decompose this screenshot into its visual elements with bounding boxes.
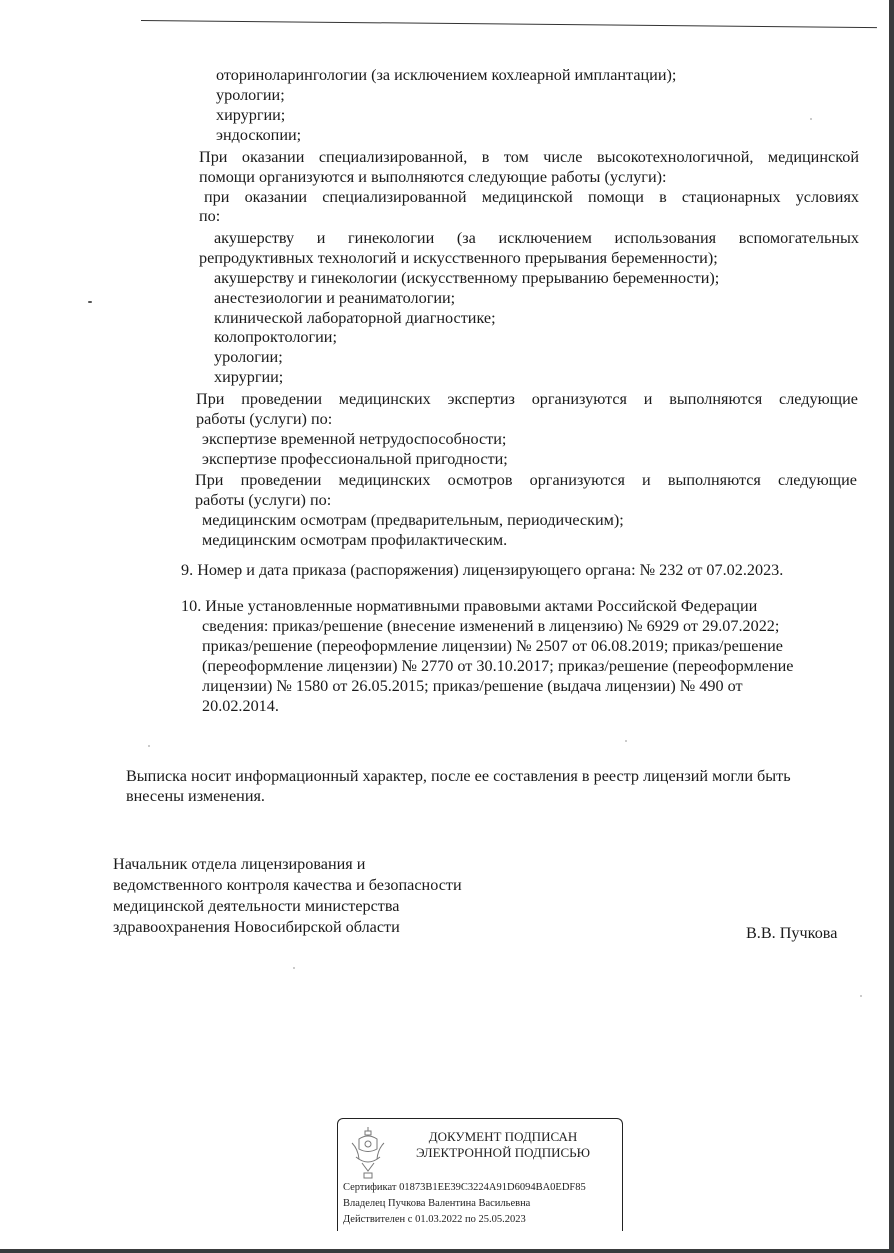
scan-speck bbox=[88, 301, 92, 303]
certificate-number: Сертификат 01873B1EE39C3224A91D6094BA0ED… bbox=[343, 1181, 586, 1194]
numbered-item-10-cont: (переоформление лицензии) № 2770 от 30.1… bbox=[202, 657, 793, 677]
section-heading-cont: помощи организуются и выполняются следую… bbox=[199, 168, 667, 188]
scan-speck bbox=[860, 995, 862, 997]
certificate-validity: Действителен с 01.03.2022 по 25.05.2023 bbox=[343, 1213, 526, 1226]
section-heading-cont: работы (услуги) по: bbox=[195, 491, 331, 511]
numbered-item-10-cont: лицензии) № 1580 от 26.05.2015; приказ/р… bbox=[202, 677, 743, 697]
scan-speck bbox=[293, 967, 295, 969]
list-item: клинической лабораторной диагностике; bbox=[214, 309, 496, 329]
numbered-item-10-cont: сведения: приказ/решение (внесение измен… bbox=[202, 617, 779, 637]
signatory-position: здравоохранения Новосибирской области bbox=[113, 918, 400, 938]
signatory-position: ведомственного контроля качества и безоп… bbox=[113, 876, 462, 896]
list-item: экспертизе профессиональной пригодности; bbox=[202, 450, 508, 470]
list-item: акушерству и гинекологии (за исключением… bbox=[214, 229, 859, 249]
list-item: медицинским осмотрам профилактическим. bbox=[202, 531, 507, 551]
list-item: урологии; bbox=[214, 348, 283, 368]
list-item: акушерству и гинекологии (искусственному… bbox=[214, 269, 719, 289]
list-item: урологии; bbox=[216, 86, 285, 106]
list-item: хирургии; bbox=[216, 106, 285, 126]
scan-speck bbox=[148, 745, 150, 747]
electronic-signature-stamp: ДОКУМЕНТ ПОДПИСАН ЭЛЕКТРОННОЙ ПОДПИСЬЮ С… bbox=[337, 1118, 623, 1231]
numbered-item-10-cont: 20.02.2014. bbox=[202, 697, 279, 717]
section-heading-cont: работы (услуги) по: bbox=[196, 410, 332, 430]
subsection-heading-cont: по: bbox=[199, 207, 220, 227]
list-item: оториноларингологии (за исключением кохл… bbox=[216, 66, 676, 86]
numbered-item-10-cont: приказ/решение (переоформление лицензии)… bbox=[202, 637, 783, 657]
disclaimer-text: Выписка носит информационный характер, п… bbox=[126, 767, 791, 787]
section-heading: При проведении медицинских экспертиз орг… bbox=[196, 390, 858, 410]
signatory-position: Начальник отдела лицензирования и bbox=[113, 855, 365, 875]
numbered-item-9: 9. Номер и дата приказа (распоряжения) л… bbox=[181, 561, 783, 581]
certificate-owner: Владелец Пучкова Валентина Васильевна bbox=[343, 1197, 530, 1210]
scan-speck bbox=[625, 740, 627, 742]
list-item: колопроктологии; bbox=[214, 328, 337, 348]
list-item: эндоскопии; bbox=[216, 126, 301, 146]
list-item-cont: репродуктивных технологий и искусственно… bbox=[199, 249, 718, 269]
scan-speck bbox=[810, 118, 812, 120]
disclaimer-text-cont: внесены изменения. bbox=[126, 787, 265, 807]
section-heading: При проведении медицинских осмотров орга… bbox=[195, 471, 857, 491]
document-page: оториноларингологии (за исключением кохл… bbox=[0, 0, 889, 1249]
list-item: экспертизе временной нетрудоспособности; bbox=[202, 430, 506, 450]
list-item: хирургии; bbox=[214, 368, 283, 388]
signatory-position: медицинской деятельности министерства bbox=[113, 897, 400, 917]
signatory-name: В.В. Пучкова bbox=[746, 924, 837, 944]
section-heading: При оказании специализированной, в том ч… bbox=[199, 148, 859, 168]
coat-of-arms-emblem-icon bbox=[348, 1125, 388, 1181]
list-item: медицинским осмотрам (предварительным, п… bbox=[202, 511, 624, 531]
subsection-heading: при оказании специализированной медицинс… bbox=[199, 188, 859, 208]
header-rule bbox=[141, 20, 877, 28]
numbered-item-10: 10. Иные установленные нормативными прав… bbox=[181, 597, 757, 617]
stamp-title: ДОКУМЕНТ ПОДПИСАН ЭЛЕКТРОННОЙ ПОДПИСЬЮ bbox=[398, 1129, 608, 1161]
list-item: анестезиологии и реаниматологии; bbox=[214, 289, 455, 309]
